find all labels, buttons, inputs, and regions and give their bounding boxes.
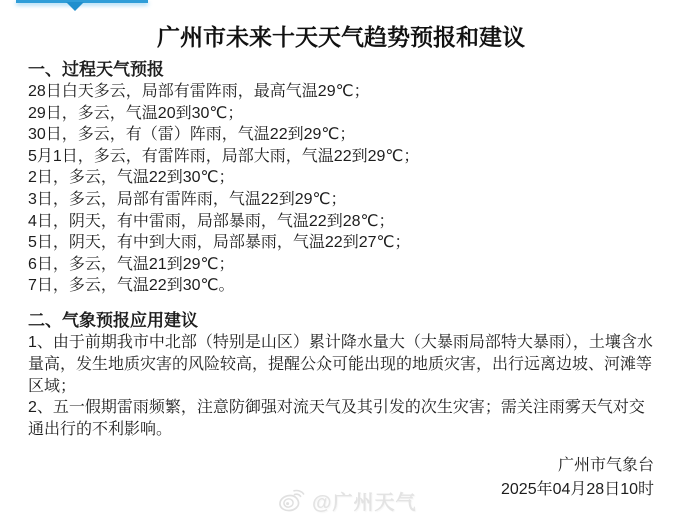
forecast-line-4: 5月1日，多云，有雷阵雨，局部大雨，气温22到29℃； (28, 146, 654, 168)
watermark-handle: @广州天气 (312, 486, 417, 515)
forecast-line-5: 2日，多云，气温22到30℃； (28, 167, 654, 189)
forecast-line-6: 3日，多云，局部有雷阵雨，气温22到29℃； (28, 189, 654, 211)
forecast-line-2: 29日，多云，气温20到30℃； (28, 103, 654, 125)
bulletin-content: 广州市未来十天天气趋势预报和建议 一、过程天气预报 28日白天多云，局部有雷阵雨… (0, 0, 686, 502)
section-forecast: 一、过程天气预报 28日白天多云，局部有雷阵雨，最高气温29℃； 29日，多云，… (28, 59, 654, 297)
advice-paragraph-2: 2、五一假期雷雨频繁，注意防御强对流天气及其引发的次生灾害；需关注雨雾天气对交通… (28, 397, 654, 441)
watermark: @广州天气 (278, 486, 417, 515)
forecast-line-1: 28日白天多云，局部有雷阵雨，最高气温29℃； (28, 81, 654, 103)
weather-bulletin-page: 广州市未来十天天气趋势预报和建议 一、过程天气预报 28日白天多云，局部有雷阵雨… (0, 0, 686, 521)
forecast-line-7: 4日，阴天，有中雷雨，局部暴雨，气温22到28℃； (28, 211, 654, 233)
forecast-line-8: 5日，阴天，有中到大雨，局部暴雨，气温22到27℃； (28, 232, 654, 254)
section1-heading: 一、过程天气预报 (28, 59, 654, 81)
issuer-name: 广州市气象台 (28, 454, 654, 478)
section-advice: 二、气象预报应用建议 1、由于前期我市中北部（特别是山区）累计降水量大（大暴雨局… (28, 310, 654, 441)
forecast-line-3: 30日，多云，有（雷）阵雨，气温22到29℃； (28, 124, 654, 146)
advice-paragraph-1: 1、由于前期我市中北部（特别是山区）累计降水量大（大暴雨局部特大暴雨），土壤含水… (28, 332, 654, 397)
forecast-line-10: 7日，多云，气温22到30℃。 (28, 275, 654, 297)
section2-heading: 二、气象预报应用建议 (28, 310, 654, 332)
callout-tail-icon (66, 2, 84, 11)
forecast-line-9: 6日，多云，气温21到29℃； (28, 254, 654, 276)
page-title: 广州市未来十天天气趋势预报和建议 (28, 23, 654, 51)
weibo-icon (278, 487, 305, 514)
